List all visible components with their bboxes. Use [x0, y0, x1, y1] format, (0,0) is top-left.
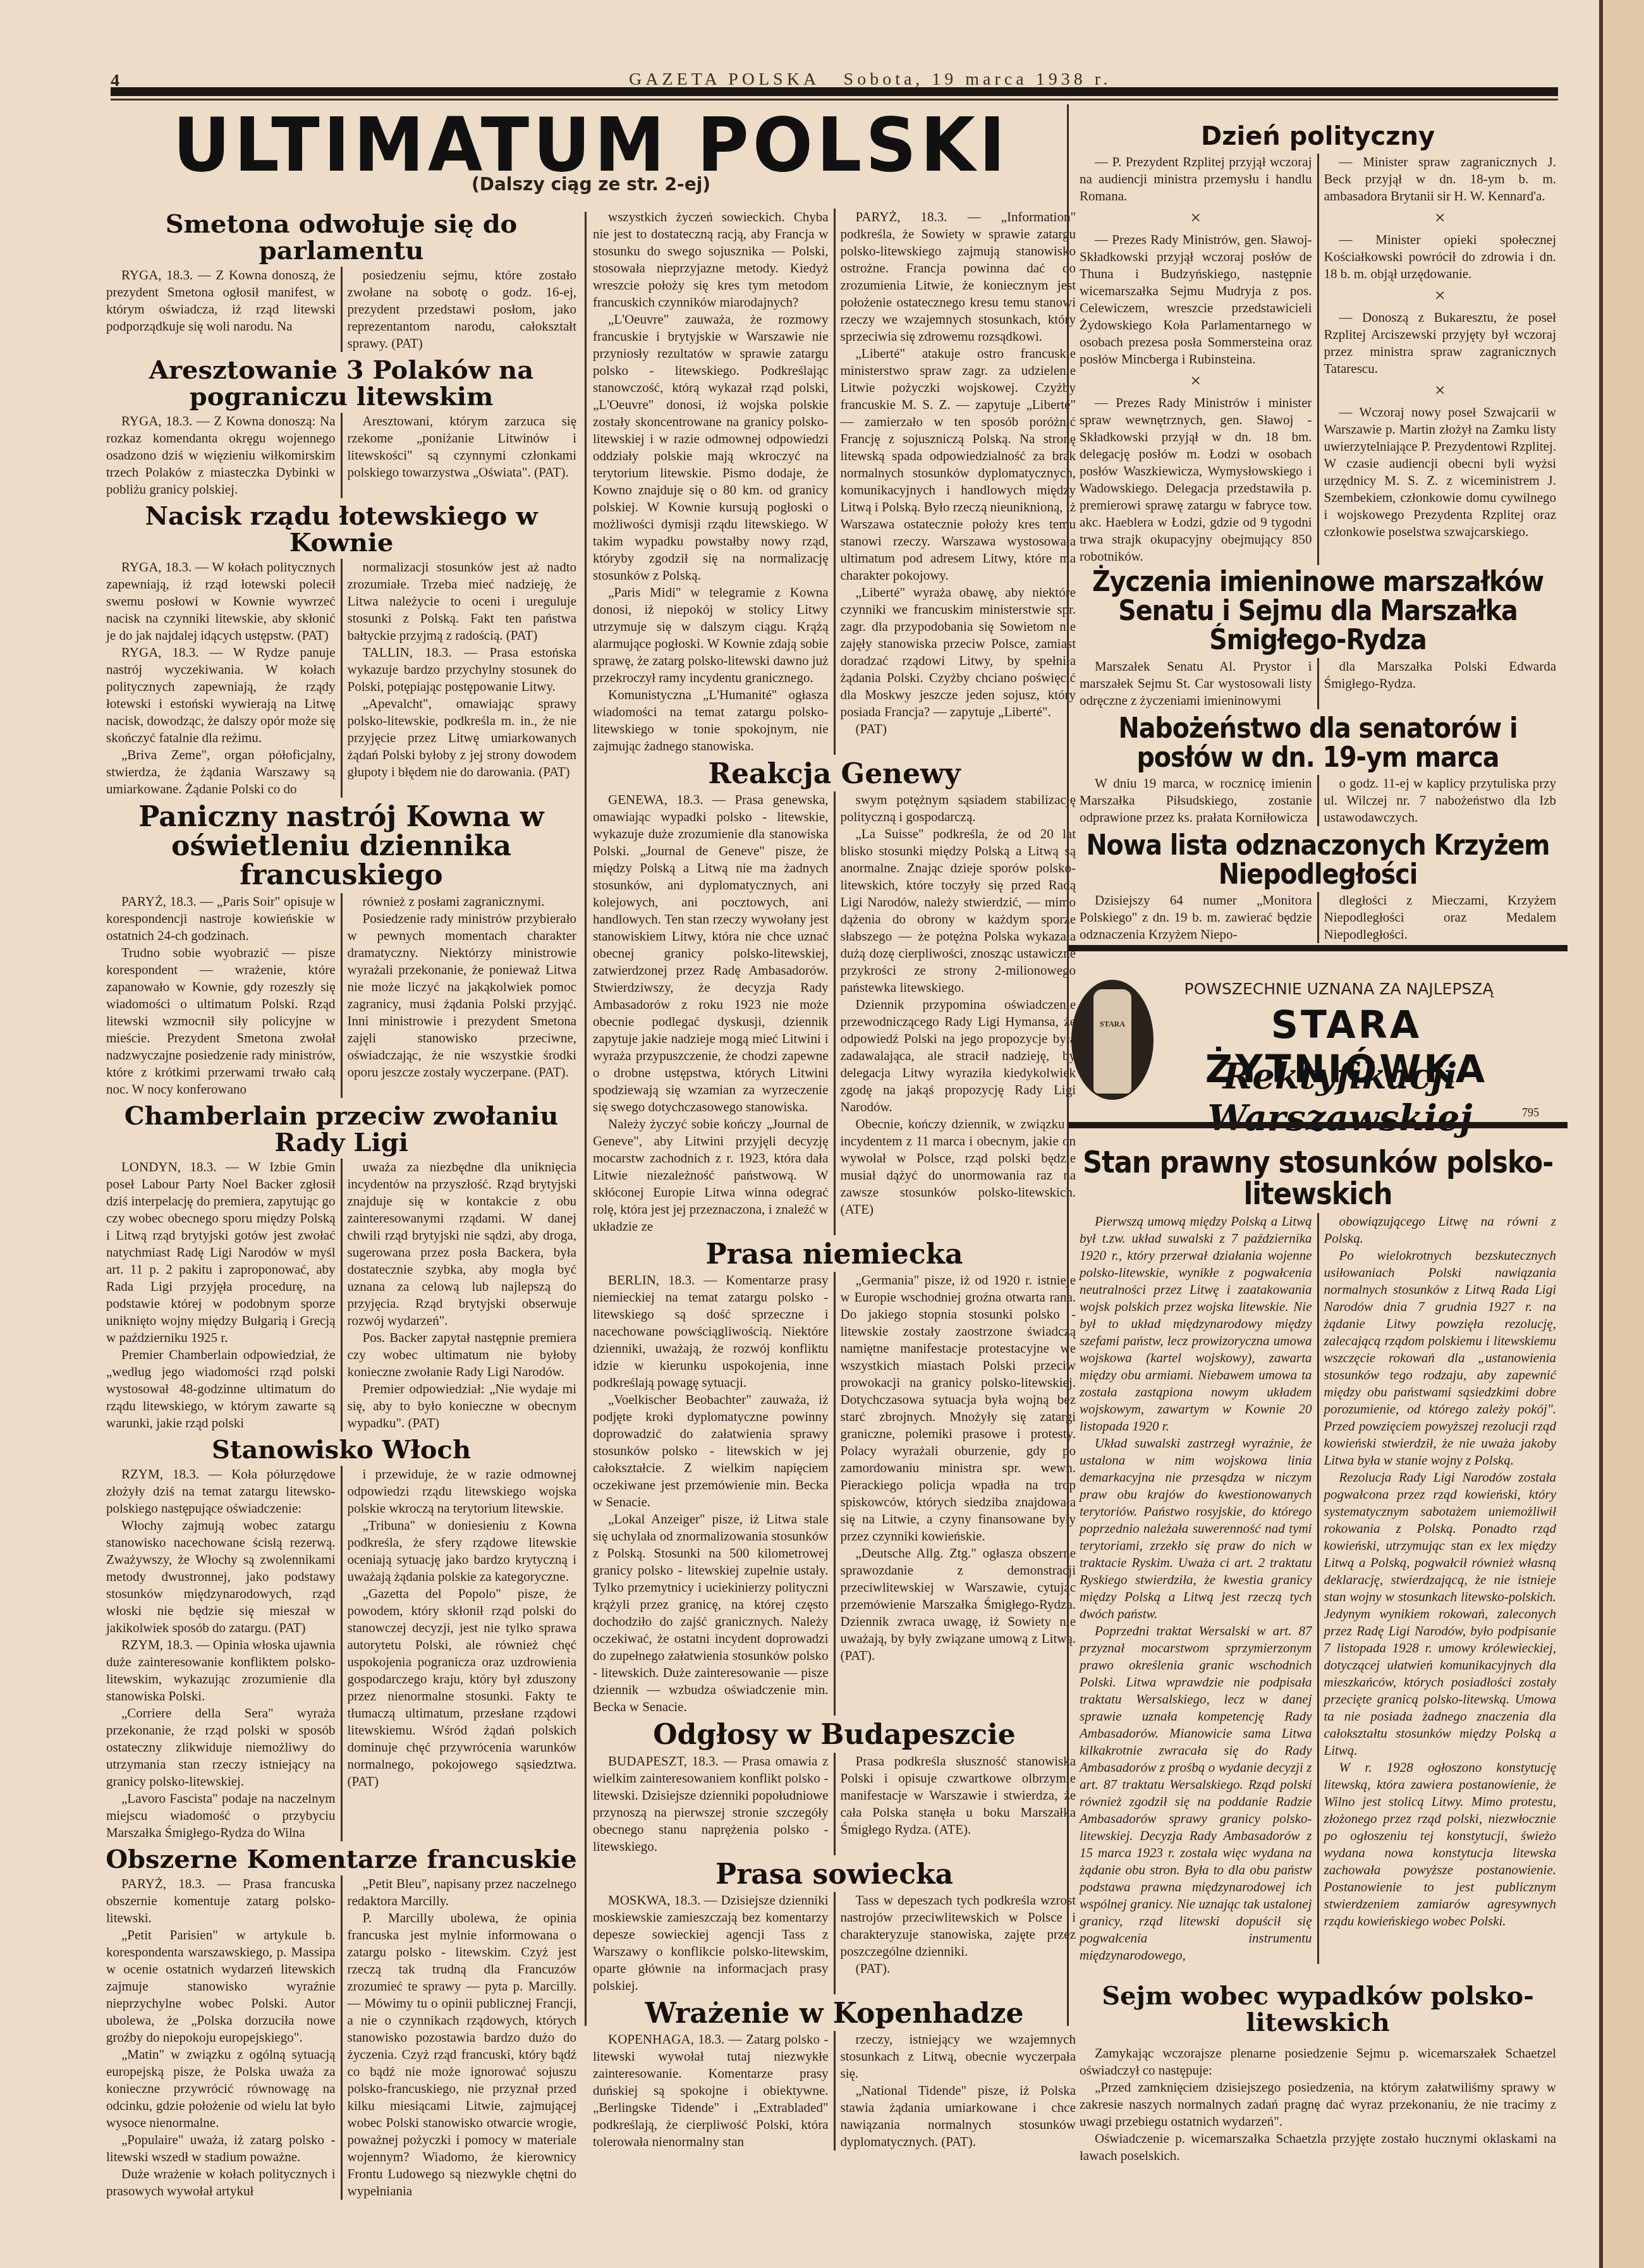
article-right-column: dla Marszałka Polski Edwarda Śmigłego-Ry… [1317, 658, 1562, 709]
article-right-column: PARYŻ, 18.3. — „Information" podkreśla, … [834, 209, 1081, 755]
article-body: Zamykając wczorajsze plenarne posiedzeni… [1075, 2045, 1561, 2164]
article-left-column: BERLIN, 18.3. — Komentarze prasy niemiec… [588, 1272, 834, 1716]
article-headline: Smetona odwołuje się do parlamentu [101, 211, 581, 264]
paragraph: Oświadczenie p. wicemarszałka Schaetzla … [1080, 2130, 1556, 2164]
header-rule [111, 87, 1558, 96]
article-columns: RYGA, 18.3. — Z Kowna donoszą, że prezyd… [101, 267, 581, 352]
article-headline: Prasa niemiecka [588, 1240, 1081, 1269]
article-columns: PARYŻ, 18.3. — „Paris Soir" opisuje w ko… [101, 893, 581, 1098]
article-right-column: dległości z Mieczami, Krzyżem Niepodległ… [1317, 892, 1562, 943]
paragraph: RZYM, 18.3. — Opinia włoska ujawnia duże… [106, 1637, 336, 1705]
article-headline: Stanowisko Włoch [101, 1437, 581, 1463]
paragraph: RYGA, 18.3. — Z Kowna donoszą, że prezyd… [106, 267, 336, 335]
article-headline: Stan prawny stosunków polsko-litewskich [1075, 1147, 1561, 1210]
article-right-column: obowiązującego Litwę na równi z Polską.P… [1317, 1213, 1562, 1964]
paragraph: Komunistyczna „L'Humanité" ogłasza wiado… [593, 686, 829, 755]
article: Odgłosy w BudapeszcieBUDAPESZT, 18.3. — … [588, 1721, 1081, 1855]
article: Obszerne Komentarze francuskiePARYŻ, 18.… [101, 1846, 581, 2200]
paragraph: RYGA, 18.3. — W kołach politycznych zape… [106, 559, 336, 644]
paragraph: wszystkich życzeń sowieckich. Chyba nie … [593, 209, 829, 311]
paragraph: dległości z Mieczami, Krzyżem Niepodległ… [1324, 892, 1557, 943]
article-columns: RYGA, 18.3. — W kołach politycznych zape… [101, 559, 581, 798]
paragraph: Pierwszą umową między Polską a Litwą był… [1080, 1213, 1312, 1435]
paragraph: — Minister spraw zagranicznych J. Beck p… [1324, 154, 1557, 205]
article-left-column: Pierwszą umową między Polską a Litwą był… [1075, 1213, 1317, 1964]
article-right-column: Tass w depeszach tych podkreśla wzrost n… [834, 1892, 1081, 1994]
paragraph: „Populaire" uważa, iż zatarg polsko - li… [106, 2131, 336, 2166]
advertisement-stara-zytniowka: STARA POWSZECHNIE UZNANA ZA NAJLEPSZĄ ST… [1068, 945, 1568, 1135]
article-sejm: Sejm wobec wypadków polsko-litewskichZam… [1075, 1983, 1561, 2164]
paragraph: Pos. Backer zapytał następnie premiera c… [348, 1329, 577, 1381]
paragraph: również z posłami zagranicznymi. [348, 893, 577, 910]
article-headline: Chamberlain przeciw zwołaniu Rady Ligi [101, 1103, 581, 1156]
article-right-column: również z posłami zagranicznymi.Posiedze… [341, 893, 582, 1098]
paragraph: „Germania" pisze, iż od 1920 r. istnieje… [841, 1272, 1076, 1545]
article: Nacisk rządu łotewskiego w KownieRYGA, 1… [101, 503, 581, 798]
paragraph: rzeczy, istniejący we wzajemnych stosunk… [841, 2031, 1076, 2082]
paragraph: RZYM, 18.3. — Koła półurzędowe złożyły d… [106, 1466, 336, 1517]
article: Życzenia imieninowe marszałków Senatu i … [1075, 568, 1561, 709]
paragraph: Obecnie, kończy dziennik, w związku z in… [841, 1116, 1076, 1218]
article: Wrażenie w KopenhadzeKOPENHAGA, 18.3. — … [588, 1999, 1081, 2150]
article-columns: LONDYN, 18.3. — W Izbie Gmin poseł Labou… [101, 1159, 581, 1432]
article-headline: Nacisk rządu łotewskiego w Kownie [101, 503, 581, 556]
paragraph: „Apevalcht", omawiając sprawy polsko-lit… [348, 695, 577, 781]
bottle-label: STARA [1096, 1020, 1129, 1029]
article-left-column: KOPENHAGA, 18.3. — Zatarg polsko - litew… [588, 2031, 834, 2150]
ad-number: 795 [1522, 1106, 1539, 1119]
ad-tagline: POWSZECHNIE UZNANA ZA NAJLEPSZĄ [1149, 980, 1528, 998]
paragraph: swym potężnym sąsiadem stabilizację poli… [841, 791, 1076, 826]
paragraph: Rezolucja Rady Ligi Narodów została pogw… [1324, 1469, 1557, 1759]
paragraph: (PAT). [841, 1960, 1076, 1977]
paragraph: Poprzedni traktat Wersalski w art. 87 pr… [1080, 1623, 1312, 1964]
paragraph: „Liberté" wyraża obawę, aby niektóre czy… [841, 584, 1076, 721]
article-left-column: RYGA, 18.3. — W kołach politycznych zape… [101, 559, 341, 798]
paragraph: Zamykając wczorajsze plenarne posiedzeni… [1080, 2045, 1556, 2079]
article-columns: wszystkich życzeń sowieckich. Chyba nie … [588, 209, 1081, 755]
column-2: wszystkich życzeń sowieckich. Chyba nie … [588, 209, 1081, 2155]
paragraph: Dziennik przypomina oświadczenie przewod… [841, 996, 1076, 1116]
article-columns: RYGA, 18.3. — Z Kowna donoszą: Na rozkaz… [101, 413, 581, 498]
article-headline: Wrażenie w Kopenhadze [588, 1999, 1081, 2028]
paragraph: BUDAPESZT, 18.3. — Prasa omawia z wielki… [593, 1753, 829, 1855]
paragraph: TALLIN, 18.3. — Prasa estońska wykazuje … [348, 644, 577, 695]
article-headline: Paniczny nastrój Kowna w oświetleniu dzi… [101, 803, 581, 891]
article-left-column: Dzisiejszy 64 numer „Monitora Polskiego"… [1075, 892, 1317, 943]
article-columns: Pierwszą umową między Polską a Litwą był… [1075, 1213, 1561, 1964]
article-headline: Obszerne Komentarze francuskie [101, 1846, 581, 1873]
paragraph: „Matin" w związku z ogólną sytuacją euro… [106, 2046, 336, 2131]
article: Aresztowanie 3 Polaków na pograniczu lit… [101, 357, 581, 498]
article: Stanowisko WłochRZYM, 18.3. — Koła półur… [101, 1437, 581, 1841]
paragraph: BERLIN, 18.3. — Komentarze prasy niemiec… [593, 1272, 829, 1391]
paragraph: Prasa podkreśla słuszność stanowiska Pol… [841, 1753, 1076, 1838]
paragraph: „Lokal Anzeiger" pisze, iż Litwa stale s… [593, 1511, 829, 1716]
paragraph: Aresztowani, którym zarzuca się rzekome … [348, 413, 577, 481]
paragraph: Posiedzenie rady ministrów przybierało w… [348, 910, 577, 1081]
paragraph: „L'Oeuvre" zauważa, że rozmowy francuski… [593, 311, 829, 584]
paragraph: „Przed zamknięciem dzisiejszego posiedze… [1080, 2079, 1556, 2130]
main-subhead: (Dalszy ciąg ze str. 2-ej) [123, 174, 1059, 195]
article: Nowa lista odznaczonych Krzyżem Niepodle… [1075, 831, 1561, 943]
article: Prasa sowieckaMOSKWA, 18.3. — Dzisiejsze… [588, 1860, 1081, 1994]
paragraph: — P. Prezydent Rzplitej przyjął wczoraj … [1080, 154, 1312, 205]
article-headline: Sejm wobec wypadków polsko-litewskich [1075, 1983, 1561, 2036]
article-left-column: PARYŻ, 18.3. — „Paris Soir" opisuje w ko… [101, 893, 341, 1098]
paragraph: „La Suisse" podkreśla, że od 20 lat blis… [841, 826, 1076, 996]
paragraph: Układ suwalski zastrzegł wyraźnie, że us… [1080, 1435, 1312, 1623]
paragraph: Marszałek Senatu Al. Prystor i marszałek… [1080, 658, 1312, 709]
paragraph: PARYŻ, 18.3. — Prasa francuska obszernie… [106, 1875, 336, 1927]
article-left-column: RZYM, 18.3. — Koła półurzędowe złożyły d… [101, 1466, 341, 1841]
paragraph: „Paris Midi" w telegramie z Kowna donosi… [593, 584, 829, 686]
paragraph: (PAT) [841, 721, 1076, 738]
paragraph: Po wielokrotnych bezskutecznych usiłowan… [1324, 1247, 1557, 1469]
article: Nabożeństwo dla senatorów i posłów w dn.… [1075, 714, 1561, 826]
paragraph: — Prezes Rady Ministrów, gen. Sławoj-Skł… [1080, 231, 1312, 368]
article-columns: MOSKWA, 18.3. — Dzisiejsze dzienniki mos… [588, 1892, 1081, 1994]
article-right-column: posiedzeniu sejmu, które zostało zwołane… [341, 267, 582, 352]
article-left-column: W dniu 19 marca, w rocznicę imienin Mars… [1075, 775, 1317, 826]
ad-top-rule [1068, 945, 1568, 951]
article-columns: Marszałek Senatu Al. Prystor i marszałek… [1075, 658, 1561, 709]
paragraph: „Gazetta del Popolo" pisze, że powodem, … [348, 1585, 577, 1790]
paragraph: obowiązującego Litwę na równi z Polską. [1324, 1213, 1557, 1247]
paragraph: o godz. 11-ej w kaplicy przytuliska przy… [1324, 775, 1557, 826]
article-columns: W dniu 19 marca, w rocznicę imienin Mars… [1075, 775, 1561, 826]
article-columns: KOPENHAGA, 18.3. — Zatarg polsko - litew… [588, 2031, 1081, 2150]
header-rule-thin [111, 99, 1558, 101]
dzien-dzien_right: — Minister spraw zagranicznych J. Beck p… [1317, 154, 1562, 565]
paragraph: — Prezes Rady Ministrów i minister spraw… [1080, 394, 1312, 565]
ad-bottom-rule [1068, 1122, 1568, 1128]
paragraph: Dzisiejszy 64 numer „Monitora Polskiego"… [1080, 892, 1312, 943]
article-left-column: BUDAPESZT, 18.3. — Prasa omawia z wielki… [588, 1753, 834, 1855]
article-left-column: RYGA, 18.3. — Z Kowna donoszą: Na rozkaz… [101, 413, 341, 498]
paragraph: „Liberté" atakuje ostro francuskie minis… [841, 345, 1076, 584]
article-right-column: Prasa podkreśla słuszność stanowiska Pol… [834, 1753, 1081, 1855]
page-binding-gutter [1599, 0, 1644, 2268]
article-columns: BERLIN, 18.3. — Komentarze prasy niemiec… [588, 1272, 1081, 1716]
bottle-icon: STARA [1093, 989, 1131, 1094]
column-1: Smetona odwołuje się do parlamentuRYGA, … [101, 209, 581, 2205]
paragraph: „National Tidende" pisze, iż Polska staw… [841, 2082, 1076, 2150]
article-headline: Nowa lista odznaczonych Krzyżem Niepodle… [1075, 831, 1561, 889]
article-left-column: GENEWA, 18.3. — Prasa genewska, omawiają… [588, 791, 834, 1235]
article: Reakcja GenewyGENEWA, 18.3. — Prasa gene… [588, 760, 1081, 1235]
paragraph: normalizacji stosunków jest aż nadto zro… [348, 559, 577, 644]
article-right-column: Aresztowani, którym zarzuca się rzekome … [341, 413, 582, 498]
article-columns: RZYM, 18.3. — Koła półurzędowe złożyły d… [101, 1466, 581, 1841]
article: Stan prawny stosunków polsko-litewskichP… [1075, 1147, 1561, 1964]
paragraph: Trudno sobie wyobrazić — pisze korespond… [106, 944, 336, 1098]
paragraph: PARYŻ, 18.3. — „Information" podkreśla, … [841, 209, 1076, 345]
article-headline: Reakcja Genewy [588, 760, 1081, 789]
article: wszystkich życzeń sowieckich. Chyba nie … [588, 209, 1081, 755]
article-left-column: RYGA, 18.3. — Z Kowna donoszą, że prezyd… [101, 267, 341, 352]
paragraph: Tass w depeszach tych podkreśla wzrost n… [841, 1892, 1076, 1960]
paragraph: Premier Chamberlain odpowiedział, że „we… [106, 1346, 336, 1432]
article: Prasa niemieckaBERLIN, 18.3. — Komentarz… [588, 1240, 1081, 1716]
article: Smetona odwołuje się do parlamentuRYGA, … [101, 211, 581, 352]
paragraph: dla Marszałka Polski Edwarda Śmigłego-Ry… [1324, 658, 1557, 692]
article-headline: Życzenia imieninowe marszałków Senatu i … [1075, 568, 1561, 655]
article-right-column: uważa za niezbędne dla uniknięcia incyde… [341, 1159, 582, 1432]
dzien-polityczny-columns: — P. Prezydent Rzplitej przyjął wczoraj … [1075, 154, 1561, 565]
paragraph: „Voelkischer Beobachter" zauważa, iż pod… [593, 1391, 829, 1511]
paragraph: W dniu 19 marca, w rocznicę imienin Mars… [1080, 775, 1312, 826]
paragraph: — Donoszą z Bukaresztu, że poseł Rzplite… [1324, 309, 1557, 377]
paragraph: — Minister opieki społecznej Kościałkows… [1324, 231, 1557, 283]
article-headline: Nabożeństwo dla senatorów i posłów w dn.… [1075, 714, 1561, 772]
article-left-column: Marszałek Senatu Al. Prystor i marszałek… [1075, 658, 1317, 709]
paragraph: MOSKWA, 18.3. — Dzisiejsze dzienniki mos… [593, 1892, 829, 1994]
article-columns: BUDAPESZT, 18.3. — Prasa omawia z wielki… [588, 1753, 1081, 1855]
separator-cross-icon: × [1080, 209, 1312, 228]
article-left-column: MOSKWA, 18.3. — Dzisiejsze dzienniki mos… [588, 1892, 834, 1994]
article: Paniczny nastrój Kowna w oświetleniu dzi… [101, 803, 581, 1098]
paragraph: „Lavoro Fascista" podaje na naczelnym mi… [106, 1790, 336, 1841]
article-right-column: „Germania" pisze, iż od 1920 r. istnieje… [834, 1272, 1081, 1716]
column-3-bottom: Stan prawny stosunków polsko-litewskichP… [1075, 1144, 1561, 2164]
paragraph: „Petit Bleu", napisany przez naczelnego … [348, 1875, 577, 1910]
paragraph: Premier odpowiedział: „Nie wydaje mi się… [348, 1381, 577, 1432]
paragraph: RYGA, 18.3. — W Rydze panuje nastrój wyc… [106, 644, 336, 747]
issue-date: Sobota, 19 marca 1938 r. [844, 70, 1112, 89]
paragraph: „Briva Zeme", organ półoficjalny, stwier… [106, 747, 336, 798]
article-left-column: LONDYN, 18.3. — W Izbie Gmin poseł Labou… [101, 1159, 341, 1432]
separator-cross-icon: × [1324, 209, 1557, 228]
paragraph: Włochy zajmują wobec zatargu stanowisko … [106, 1517, 336, 1637]
paragraph: posiedzeniu sejmu, które zostało zwołane… [348, 267, 577, 352]
paragraph: „Petit Parisien" w artykule b. korespond… [106, 1927, 336, 2046]
article-right-column: swym potężnym sąsiadem stabilizację poli… [834, 791, 1081, 1235]
paragraph: Duże wrażenie w kołach politycznych i pr… [106, 2166, 336, 2200]
separator-cross-icon: × [1324, 286, 1557, 305]
dzien-polityczny-headline: Dzień polityczny [1075, 123, 1561, 150]
article-right-column: rzeczy, istniejący we wzajemnych stosunk… [834, 2031, 1081, 2150]
article-headline: Aresztowanie 3 Polaków na pograniczu lit… [101, 357, 581, 410]
dzien-dzien_left: — P. Prezydent Rzplitej przyjął wczoraj … [1075, 154, 1317, 565]
article-columns: GENEWA, 18.3. — Prasa genewska, omawiają… [588, 791, 1081, 1235]
separator-cross-icon: × [1080, 372, 1312, 391]
column-divider [585, 212, 587, 2026]
paragraph: „Tribuna" w doniesieniu z Kowna podkreśl… [348, 1517, 577, 1585]
paragraph: Należy życzyć sobie kończy „Journal de G… [593, 1116, 829, 1235]
paragraph: „Corriere della Sera" wyraża przekonanie… [106, 1705, 336, 1790]
article-columns: Dzisiejszy 64 numer „Monitora Polskiego"… [1075, 892, 1561, 943]
article-headline: Prasa sowiecka [588, 1860, 1081, 1889]
paragraph: LONDYN, 18.3. — W Izbie Gmin poseł Labou… [106, 1159, 336, 1346]
paragraph: — Wczoraj nowy poseł Szwajcarii w Warsza… [1324, 404, 1557, 540]
paragraph: W r. 1928 ogłoszono konstytucję litewską… [1324, 1759, 1557, 1930]
separator-cross-icon: × [1324, 381, 1557, 400]
article-right-column: normalizacji stosunków jest aż nadto zro… [341, 559, 582, 798]
column-3-top: Dzień polityczny— P. Prezydent Rzplitej … [1075, 123, 1561, 948]
paragraph: „Deutsche Allg. Ztg." ogłasza obszerne s… [841, 1545, 1076, 1664]
paragraph: P. Marcilly ubolewa, że opinia francuska… [348, 1910, 577, 2200]
article-right-column: i przewiduje, że w razie odmownej odpowi… [341, 1466, 582, 1841]
article-headline: Odgłosy w Budapeszcie [588, 1721, 1081, 1750]
paragraph: uważa za niezbędne dla uniknięcia incyde… [348, 1159, 577, 1329]
article-columns: PARYŻ, 18.3. — Prasa francuska obszernie… [101, 1875, 581, 2200]
article-left-column: wszystkich życzeń sowieckich. Chyba nie … [588, 209, 834, 755]
article-left-column: PARYŻ, 18.3. — Prasa francuska obszernie… [101, 1875, 341, 2200]
paragraph: KOPENHAGA, 18.3. — Zatarg polsko - litew… [593, 2031, 829, 2150]
masthead-title: GAZETA POLSKA [629, 70, 819, 89]
paragraph: i przewiduje, że w razie odmownej odpowi… [348, 1466, 577, 1517]
paragraph: GENEWA, 18.3. — Prasa genewska, omawiają… [593, 791, 829, 1116]
paragraph: RYGA, 18.3. — Z Kowna donoszą: Na rozkaz… [106, 413, 336, 498]
article: Chamberlain przeciw zwołaniu Rady LigiLO… [101, 1103, 581, 1432]
article-right-column: o godz. 11-ej w kaplicy przytuliska przy… [1317, 775, 1562, 826]
article-right-column: „Petit Bleu", napisany przez naczelnego … [341, 1875, 582, 2200]
paragraph: PARYŻ, 18.3. — „Paris Soir" opisuje w ko… [106, 893, 336, 944]
